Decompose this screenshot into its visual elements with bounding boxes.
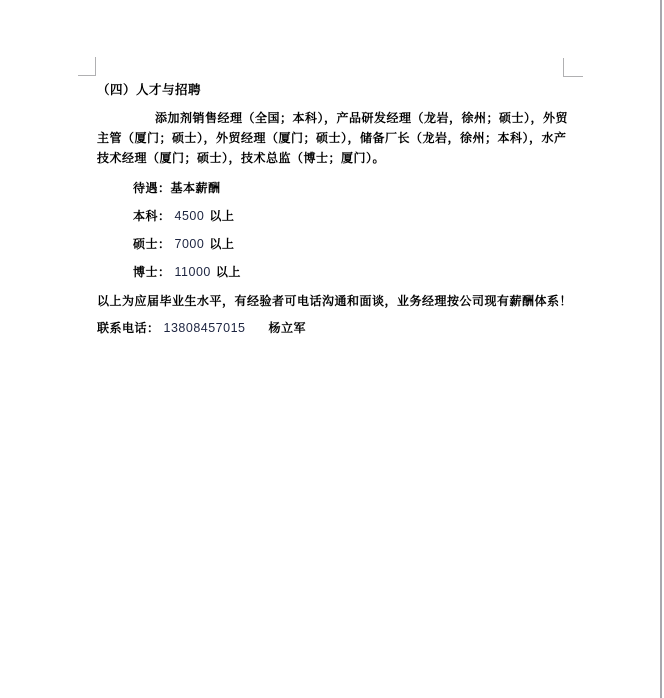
text-boundary-mark-top-right xyxy=(563,58,583,77)
recruitment-paragraph: 添加剂销售经理（全国；本科），产品研发经理（龙岩，徐州；硕士），外贸 主管（厦门… xyxy=(97,108,571,168)
text-boundary-mark-top-left xyxy=(78,57,96,76)
salary-item-doctor: 博士：11000以上 xyxy=(133,266,241,279)
paragraph-line-1: 添加剂销售经理（全国；本科），产品研发经理（龙岩，徐州；硕士），外贸 xyxy=(97,108,571,128)
salary-label: 本科： xyxy=(133,209,171,223)
paragraph-line-2: 主管（厦门；硕士），外贸经理（厦门；硕士），储备厂长（龙岩，徐州；本科），水产 xyxy=(97,128,571,148)
salary-suffix: 以上 xyxy=(209,209,234,223)
contact-phone: 13808457015 xyxy=(164,321,246,335)
salary-label: 博士： xyxy=(133,265,171,279)
page-right-edge xyxy=(660,0,662,698)
salary-suffix: 以上 xyxy=(209,237,234,251)
salary-label: 硕士： xyxy=(133,237,171,251)
document-page: （四）人才与招聘 添加剂销售经理（全国；本科），产品研发经理（龙岩，徐州；硕士）… xyxy=(0,0,664,698)
contact-line: 联系电话：13808457015杨立军 xyxy=(97,322,306,335)
paragraph-line-3: 技术经理（厦门；硕士），技术总监（博士；厦门）。 xyxy=(97,148,571,168)
salary-value: 4500 xyxy=(175,209,205,223)
salary-item-master: 硕士：7000以上 xyxy=(133,238,234,251)
contact-person: 杨立军 xyxy=(269,321,307,335)
salary-title: 待遇：基本薪酬 xyxy=(133,182,221,194)
section-heading: （四）人才与招聘 xyxy=(97,84,201,97)
salary-value: 7000 xyxy=(175,237,205,251)
salary-item-bachelor: 本科：4500以上 xyxy=(133,210,234,223)
salary-suffix: 以上 xyxy=(216,265,241,279)
contact-label: 联系电话： xyxy=(97,321,160,335)
note-line: 以上为应届毕业生水平，有经验者可电话沟通和面谈，业务经理按公司现有薪酬体系！ xyxy=(97,295,572,307)
salary-value: 11000 xyxy=(175,265,211,279)
